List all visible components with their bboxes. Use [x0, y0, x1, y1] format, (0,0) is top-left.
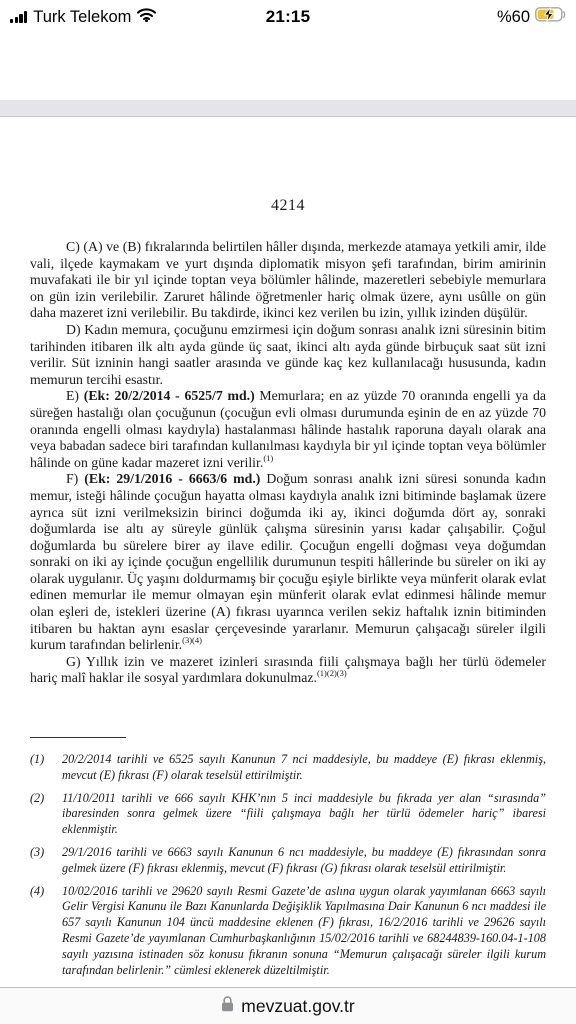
footnote-ref: (1)(2)(3): [317, 668, 347, 678]
clock: 21:15: [266, 7, 310, 27]
carrier-label: Turk Telekom: [33, 8, 131, 27]
paragraph-f: F) (Ek: 29/1/2016 - 6663/6 md.) Doğum so…: [30, 471, 546, 654]
pdf-page: 4214 C) (A) ve (B) fıkralarında belirtil…: [0, 197, 576, 978]
paragraph-c: C) (A) ve (B) fıkralarında belirtilen hâ…: [30, 239, 546, 322]
paragraph-g: G) Yıllık izin ve mazeret izinleri sıras…: [30, 654, 546, 687]
pdf-viewer[interactable]: 4214 C) (A) ve (B) fıkralarında belirtil…: [0, 32, 576, 988]
footnote-1: (1) 20/2/2014 tarihli ve 6525 sayılı Kan…: [30, 752, 546, 784]
battery-charging-icon: [535, 7, 566, 27]
footnotes-section: (1) 20/2/2014 tarihli ve 6525 sayılı Kan…: [30, 737, 546, 978]
phone-screen: Turk Telekom 21:15 %60: [0, 0, 576, 1024]
footnote-ref: (3)(4): [182, 635, 202, 645]
cellular-signal-icon: [10, 11, 27, 23]
footnote-3: (3) 29/1/2016 tarihli ve 6663 sayılı Kan…: [30, 845, 546, 877]
paragraph-d: D) Kadın memura, çocuğunu emzirmesi için…: [30, 322, 546, 388]
battery-percent: %60: [497, 8, 530, 27]
footnote-4: (4) 10/02/2016 tarihli ve 29620 sayılı R…: [30, 884, 546, 979]
wifi-icon: [137, 8, 156, 27]
document-body: C) (A) ve (B) fıkralarında belirtilen hâ…: [30, 239, 546, 687]
url-text: mevzuat.gov.tr: [241, 996, 354, 1017]
url-bar[interactable]: mevzuat.gov.tr: [0, 987, 576, 1024]
page-boundary-divider: [0, 100, 576, 117]
page-number: 4214: [30, 197, 546, 215]
footnote-2: (2) 11/10/2011 tarihli ve 666 sayılı KHK…: [30, 791, 546, 838]
footnote-ref: (1): [263, 453, 273, 463]
padlock-icon: [221, 996, 234, 1017]
paragraph-e: E) (Ek: 20/2/2014 - 6525/7 md.) Memurlar…: [30, 388, 546, 471]
footnote-rule: [30, 737, 126, 738]
status-bar: Turk Telekom 21:15 %60: [0, 0, 576, 32]
